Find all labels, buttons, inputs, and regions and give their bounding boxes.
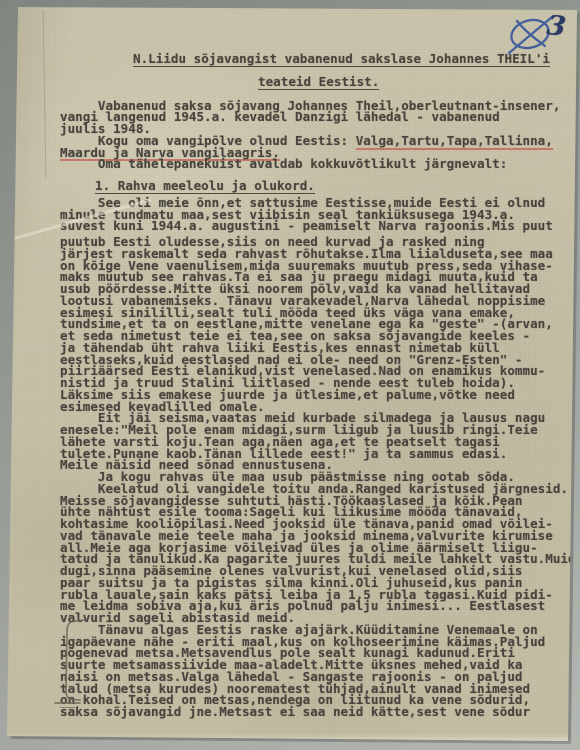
typed-line: Oma tähelepanekuist avaldab kokkuvõtliku…	[60, 158, 572, 170]
typed-text: N.Liidu sõjavangist vabanenud sakslase J…	[60, 53, 572, 718]
typed-line: 1. Rahva meeleolu ja olukord.	[95, 180, 572, 192]
scan-background: N.Liidu sõjavangist vabanenud sakslase J…	[0, 0, 580, 750]
typed-line: suvest kuni 1944.a. augustini - peamisel…	[60, 220, 572, 232]
typed-line: teateid Eestist.	[258, 76, 572, 88]
document-page: N.Liidu sõjavangist vabanenud sakslase J…	[6, 7, 578, 743]
page-number-annotation: 3	[545, 10, 567, 43]
typed-line: saksa sõjavangid jne.Metsast ei saa neid…	[60, 706, 572, 718]
typed-line: N.Liidu sõjavangist vabanenud sakslase J…	[133, 53, 572, 65]
